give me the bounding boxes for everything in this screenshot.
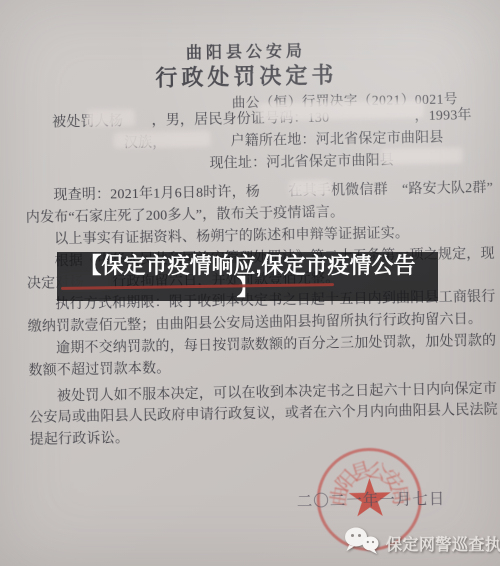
document-photo: 曲阳县公安局 行政处罚决定书 曲公（恒）行罚决字（2021）0021号 被处罚人… bbox=[0, 0, 500, 566]
redaction-blur bbox=[381, 147, 463, 164]
caption-banner: 【保定市疫情响应,保定市疫情公告 】 bbox=[57, 252, 438, 301]
redaction-blur bbox=[289, 180, 331, 197]
watermark-text: 保定网警巡查执法 bbox=[386, 532, 500, 555]
redaction-blur bbox=[113, 131, 210, 149]
wechat-icon bbox=[343, 526, 381, 561]
redaction-blur bbox=[259, 100, 424, 121]
caption-bracket: 】 bbox=[236, 277, 258, 299]
watermark: 保定网警巡查执法 bbox=[343, 526, 500, 561]
decision-date: 二〇二一年一月七日 bbox=[297, 487, 443, 512]
redaction-blur bbox=[87, 109, 135, 127]
